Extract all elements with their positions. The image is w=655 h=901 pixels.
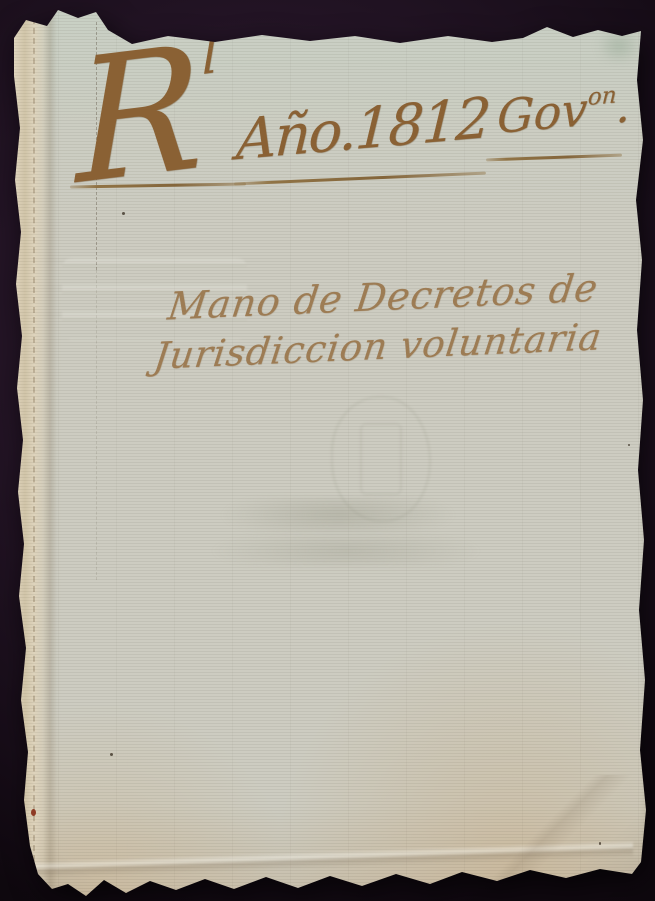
ink-showthrough-smudge: [208, 498, 468, 532]
manuscript-sheet-wrap: Rl Año.1812 Govon. Mano de Decretos de J…: [0, 0, 655, 901]
wax-speck: [28, 855, 32, 861]
paper-crease-corner: [468, 775, 643, 880]
paper-speck: [628, 444, 630, 446]
year-word: Año.: [235, 97, 357, 173]
manuscript-sheet: Rl Año.1812 Govon. Mano de Decretos de J…: [0, 0, 655, 901]
office-word: Gov: [496, 82, 589, 144]
real-mark-superscript: l: [201, 30, 218, 82]
photo-backdrop: Rl Año.1812 Govon. Mano de Decretos de J…: [0, 0, 655, 901]
paper-speck: [110, 753, 113, 756]
watermark-motif: [360, 423, 402, 495]
paper-speck: [599, 842, 601, 845]
inscription-real-mark: Rl: [74, 21, 220, 209]
real-mark-letter: R: [74, 9, 205, 224]
year-number: 1812: [353, 86, 490, 163]
office-superscript: on: [587, 84, 617, 110]
corner-stain: [590, 22, 648, 70]
ink-showthrough-smudge: [196, 536, 496, 566]
wax-speck: [31, 809, 36, 816]
